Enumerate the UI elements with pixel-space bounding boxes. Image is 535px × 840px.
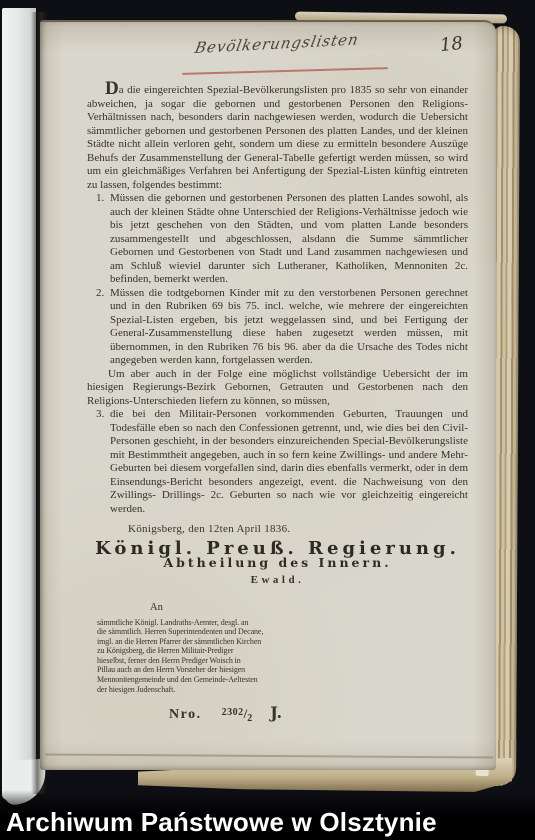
address-block: sämmtliche Königl. Landraths-Aemter, des… bbox=[97, 618, 283, 695]
reference-numerator: 2302 bbox=[222, 707, 244, 718]
list-item-2: 2. Müssen die todtgebornen Kinder mit zu… bbox=[87, 287, 468, 368]
archive-watermark-label: Archiwum Państwowe w Olsztynie bbox=[6, 807, 437, 838]
printed-text-body: Da die eingereichten Spezial-Bevölkerung… bbox=[87, 84, 468, 723]
reference-denominator: 2 bbox=[247, 713, 252, 724]
interlude-paragraph: Um aber auch in der Folge eine möglichst… bbox=[87, 368, 468, 409]
signer-name: Ewald. bbox=[87, 574, 468, 588]
authority-heading: Königl. Preuß. Regierung. bbox=[87, 542, 468, 556]
item-number: 3. bbox=[96, 408, 104, 422]
address-salutation: An bbox=[150, 601, 468, 615]
list-item-3: 3. die bei den Militair-Personen vorkomm… bbox=[87, 408, 468, 516]
scan-background: Bevölkerungslisten 18 Da die eingereicht… bbox=[0, 0, 535, 840]
archive-watermark-bar: Archiwum Państwowe w Olsztynie bbox=[0, 790, 535, 840]
intro-text: a die eingereichten Spezial-Bevölkerungs… bbox=[87, 84, 468, 191]
reference-suffix: J. bbox=[270, 706, 282, 720]
reference-label: Nro. bbox=[169, 708, 202, 722]
handwritten-annotation: Bevölkerungslisten bbox=[193, 29, 386, 57]
item-text: die bei den Militair-Personen vorkommend… bbox=[110, 408, 468, 516]
item-text: Müssen die todtgebornen Kinder mit zu de… bbox=[110, 287, 468, 368]
intro-paragraph: Da die eingereichten Spezial-Bevölkerung… bbox=[87, 84, 468, 192]
dateline: Königsberg, den 12ten April 1836. bbox=[128, 523, 468, 537]
reference-number: 2302/2 bbox=[222, 707, 253, 723]
item-number: 2. bbox=[96, 287, 104, 301]
item-number: 1. bbox=[96, 192, 104, 206]
page-number-annotation: 18 bbox=[439, 33, 464, 56]
annotation-underline bbox=[182, 67, 388, 75]
item-text: Müssen die gebornen und gestorbenen Pers… bbox=[110, 192, 468, 287]
list-item-1: 1. Müssen die gebornen und gestorbenen P… bbox=[87, 192, 468, 287]
drop-cap-initial: D bbox=[105, 78, 119, 99]
page-bottom-crease bbox=[45, 753, 493, 758]
document-page: Bevölkerungslisten 18 Da die eingereicht… bbox=[40, 20, 496, 770]
reference-line: Nro. 2302/2 J. bbox=[169, 706, 468, 723]
